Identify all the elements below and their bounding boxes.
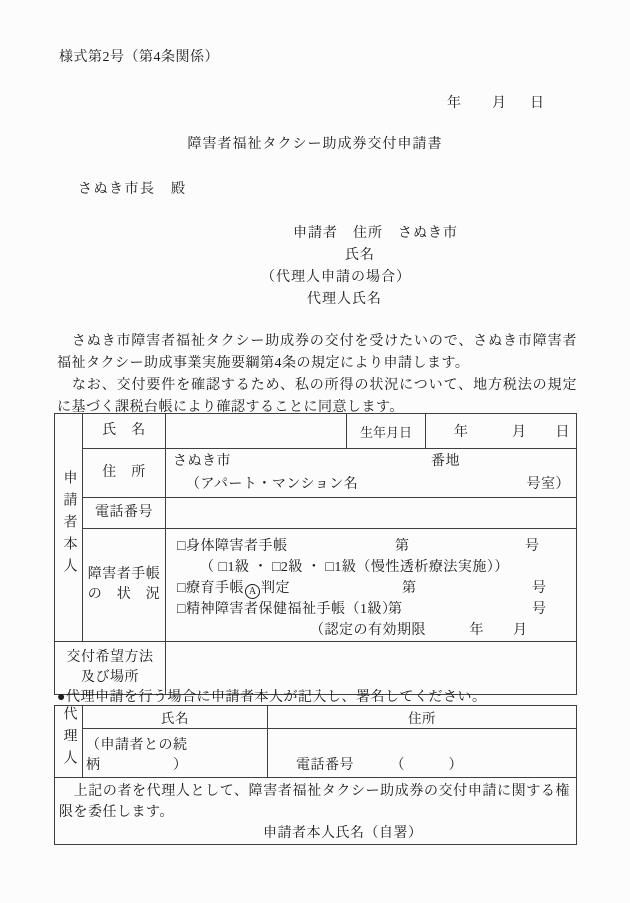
form-number: 様式第2号（第4条関係） <box>59 46 219 66</box>
date-month-label: 月 <box>492 92 507 112</box>
applicant-name-line: 氏名 <box>345 244 375 264</box>
dai-label: 第 <box>388 599 403 620</box>
date-line: 年 月 日 <box>0 92 630 110</box>
table-row: 障害者手帳 の 状 況 □身体障害者手帳 第 号 （ □1級 ・ □2級 ・ □… <box>55 529 577 642</box>
table-row: 申請者本人 氏 名 生年月日 年 月 日 <box>55 414 577 449</box>
proxy-case-note: （代理人申請の場合） <box>261 266 411 286</box>
birthdate-label: 生年月日 <box>347 414 426 449</box>
grade-options-line: （ □1級 ・ □2級 ・ □1級（慢性透析療法実施）） <box>170 557 570 578</box>
date-year-label: 年 <box>447 92 462 112</box>
physical-techou-checkbox: □身体障害者手帳 <box>177 539 287 554</box>
go-label: 号 <box>532 599 547 620</box>
applicant-address-line: 申請者 住所 さぬき市 <box>293 222 458 242</box>
dai-label: 第 <box>395 536 410 557</box>
address-label: 住 所 <box>83 449 166 498</box>
proxy-table: 代理人 氏名 住所 （申請者との続柄 ） 電話番号 （ ） 上記の者を代理人とし… <box>54 705 577 845</box>
go-label: 号 <box>525 536 540 557</box>
proxy-side-label: 代理人 <box>59 706 79 772</box>
address-cell: さぬき市 番地 （アパート・マンション名 号室） <box>166 449 577 498</box>
body-paragraph-1: さぬき市障害者福祉タクシー助成券の交付を受けたいので、さぬき市障害者福祉タクシー… <box>57 331 577 375</box>
table-row: 住 所 さぬき市 番地 （アパート・マンション名 号室） <box>55 449 577 498</box>
techou-status-cell: □身体障害者手帳 第 号 （ □1級 ・ □2級 ・ □1級（慢性透析療法実施）… <box>166 529 577 642</box>
birthdate-value-cell: 年 月 日 <box>426 414 577 449</box>
table-row: 電話番号 <box>55 498 577 529</box>
physical-techou-line: □身体障害者手帳 第 号 <box>170 536 570 557</box>
circled-a-icon: A <box>245 584 260 599</box>
table-row: （申請者との続柄 ） 電話番号 （ ） <box>55 729 577 778</box>
address-banchi: 番地 <box>431 450 460 473</box>
self-signature-label: 申請者本人氏名（自署） <box>59 823 570 844</box>
ryouiku-techou-checkbox: □療育手帳 <box>177 581 244 596</box>
application-form-page: 様式第2号（第4条関係） 年 月 日 障害者福祉タクシー助成券交付申請書 さぬき… <box>0 0 630 903</box>
page-title: 障害者福祉タクシー助成券交付申請書 <box>0 133 630 153</box>
ryouiku-techou-line: □療育手帳A判定 第 号 <box>170 578 570 599</box>
body-text: さぬき市障害者福祉タクシー助成券の交付を受けたいので、さぬき市障害者福祉タクシー… <box>57 331 577 419</box>
applicant-side-label: 申請者本人 <box>59 470 79 580</box>
proxy-address-header: 住所 <box>268 706 577 729</box>
go-label: 号 <box>532 578 547 599</box>
validity-line: （認定の有効期限 年 月 日） <box>170 620 570 641</box>
phone-input-cell <box>166 498 577 529</box>
proxy-instruction-note: ●代理申請を行う場合に申請者本人が記入し、署名してください。 <box>57 686 486 706</box>
ryouiku-hantei-label: 判定 <box>261 581 290 596</box>
mental-techou-line: □精神障害者保健福祉手帳（1級） 第 号 <box>170 599 570 620</box>
applicant-table: 申請者本人 氏 名 生年月日 年 月 日 住 所 さぬき市 番地 （アパート・マ… <box>54 413 577 695</box>
address-apartment: （アパート・マンション名 <box>186 473 358 496</box>
address-city: さぬき市 <box>173 450 231 473</box>
delegation-cell: 上記の者を代理人として、障害者福祉タクシー助成券の交付申請に関する権限を委任しま… <box>55 778 577 845</box>
proxy-relation-cell: （申請者との続柄 ） <box>83 729 268 778</box>
address-room: 号室） <box>527 473 571 496</box>
phone-label: 電話番号 <box>83 498 166 529</box>
proxy-phone-cell: 電話番号 （ ） <box>268 729 577 778</box>
mental-techou-checkbox: □精神障害者保健福祉手帳（1級） <box>177 602 396 617</box>
delegation-statement: 上記の者を代理人として、障害者福祉タクシー助成券の交付申請に関する権限を委任しま… <box>59 781 570 823</box>
proxy-name-header: 氏名 <box>83 706 268 729</box>
table-row: 代理人 氏名 住所 <box>55 706 577 729</box>
proxy-side-label-cell: 代理人 <box>55 706 83 778</box>
addressee: さぬき市長 殿 <box>78 178 187 198</box>
name-label: 氏 名 <box>83 414 166 449</box>
date-day-label: 日 <box>530 92 545 112</box>
proxy-name-line: 代理人氏名 <box>307 288 382 308</box>
dai-label: 第 <box>402 578 417 599</box>
techou-status-label: 障害者手帳 の 状 況 <box>83 529 166 642</box>
name-input-cell <box>166 414 347 449</box>
table-row: 上記の者を代理人として、障害者福祉タクシー助成券の交付申請に関する権限を委任しま… <box>55 778 577 845</box>
applicant-side-label-cell: 申請者本人 <box>55 414 83 642</box>
